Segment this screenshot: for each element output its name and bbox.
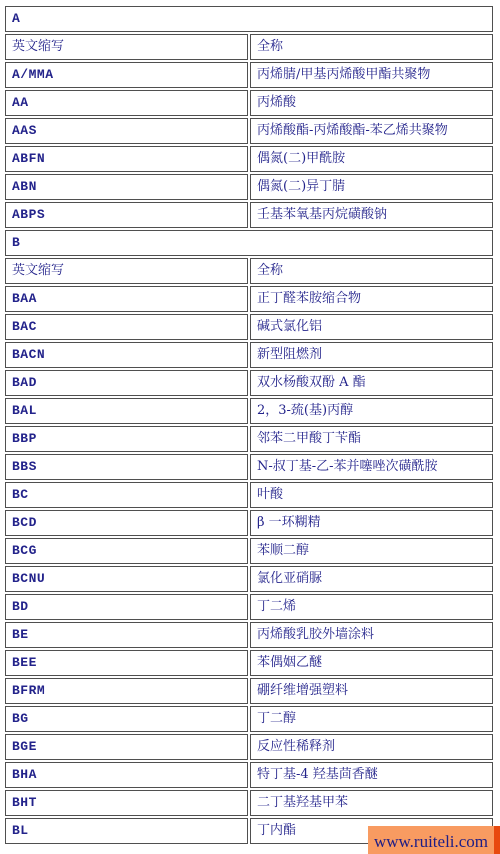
section-letter-cell: B <box>5 230 493 256</box>
table-row: BAD双水杨酸双酚 A 酯 <box>5 370 493 396</box>
abbr-cell: BHT <box>5 790 248 816</box>
column-header-row: 英文缩写全称 <box>5 34 493 60</box>
fullname-cell: 反应性稀释剂 <box>250 734 493 760</box>
fullname-cell: 邻苯二甲酸丁苄酯 <box>250 426 493 452</box>
col-header-abbr: 英文缩写 <box>5 34 248 60</box>
abbr-cell: BC <box>5 482 248 508</box>
col-header-fullname: 全称 <box>250 34 493 60</box>
fullname-cell: 叶酸 <box>250 482 493 508</box>
fullname-cell: 硼纤维增强塑料 <box>250 678 493 704</box>
abbr-cell: ABN <box>5 174 248 200</box>
fullname-cell: 丁二烯 <box>250 594 493 620</box>
abbr-cell: BL <box>5 818 248 844</box>
table-row: BAL2，3-巯(基)丙醇 <box>5 398 493 424</box>
abbr-cell: BCNU <box>5 566 248 592</box>
table-row: BBSN-叔丁基-乙-苯并噻唑次磺酰胺 <box>5 454 493 480</box>
glossary-page: A英文缩写全称A/MMA丙烯腈/甲基丙烯酸甲酯共聚物AA丙烯酸AAS丙烯酸酯-丙… <box>0 4 500 854</box>
abbr-cell: BBS <box>5 454 248 480</box>
fullname-cell: 新型阻燃剂 <box>250 342 493 368</box>
abbr-cell: A/MMA <box>5 62 248 88</box>
abbr-cell: ABFN <box>5 146 248 172</box>
section-letter-row: B <box>5 230 493 256</box>
abbr-cell: AA <box>5 90 248 116</box>
abbr-cell: ABPS <box>5 202 248 228</box>
fullname-cell: 二丁基羟基甲苯 <box>250 790 493 816</box>
fullname-cell: 苯顺二醇 <box>250 538 493 564</box>
section-letter-row: A <box>5 6 493 32</box>
abbr-cell: BHA <box>5 762 248 788</box>
table-row: BGE反应性稀释剂 <box>5 734 493 760</box>
table-row: BFRM硼纤维增强塑料 <box>5 678 493 704</box>
fullname-cell: 双水杨酸双酚 A 酯 <box>250 370 493 396</box>
abbr-cell: BE <box>5 622 248 648</box>
table-row: ABFN偶氮(二)甲酰胺 <box>5 146 493 172</box>
abbr-cell: BACN <box>5 342 248 368</box>
table-row: ABN偶氮(二)异丁腈 <box>5 174 493 200</box>
abbr-cell: BFRM <box>5 678 248 704</box>
fullname-cell: 丙烯酸乳胶外墙涂料 <box>250 622 493 648</box>
abbr-cell: BCG <box>5 538 248 564</box>
abbr-cell: BAA <box>5 286 248 312</box>
table-row: BCG苯顺二醇 <box>5 538 493 564</box>
abbreviation-table-body: A英文缩写全称A/MMA丙烯腈/甲基丙烯酸甲酯共聚物AA丙烯酸AAS丙烯酸酯-丙… <box>5 6 493 844</box>
abbr-cell: BD <box>5 594 248 620</box>
abbr-cell: BEE <box>5 650 248 676</box>
fullname-cell: 丙烯腈/甲基丙烯酸甲酯共聚物 <box>250 62 493 88</box>
table-row: ABPS壬基苯氧基丙烷磺酸钠 <box>5 202 493 228</box>
fullname-cell: 偶氮(二)甲酰胺 <box>250 146 493 172</box>
table-row: BE丙烯酸乳胶外墙涂料 <box>5 622 493 648</box>
table-row: AA丙烯酸 <box>5 90 493 116</box>
abbr-cell: AAS <box>5 118 248 144</box>
table-row: BC叶酸 <box>5 482 493 508</box>
watermark-stripe <box>494 826 500 854</box>
abbr-cell: BBP <box>5 426 248 452</box>
fullname-cell: 偶氮(二)异丁腈 <box>250 174 493 200</box>
table-row: BD丁二烯 <box>5 594 493 620</box>
col-header-fullname: 全称 <box>250 258 493 284</box>
abbr-cell: BGE <box>5 734 248 760</box>
fullname-cell: 丙烯酸酯-丙烯酸酯-苯乙烯共聚物 <box>250 118 493 144</box>
section-letter-cell: A <box>5 6 493 32</box>
abbr-cell: BCD <box>5 510 248 536</box>
table-row: BEE苯偶姻乙醚 <box>5 650 493 676</box>
fullname-cell: 丙烯酸 <box>250 90 493 116</box>
abbr-cell: BG <box>5 706 248 732</box>
abbreviation-table: A英文缩写全称A/MMA丙烯腈/甲基丙烯酸甲酯共聚物AA丙烯酸AAS丙烯酸酯-丙… <box>3 4 495 846</box>
abbr-cell: BAL <box>5 398 248 424</box>
watermark-url: www.ruiteli.com <box>374 832 494 852</box>
table-row: BHA特丁基-4 羟基茴香醚 <box>5 762 493 788</box>
table-row: BCNU氯化亚硝脲 <box>5 566 493 592</box>
fullname-cell: 2，3-巯(基)丙醇 <box>250 398 493 424</box>
table-row: BBP邻苯二甲酸丁苄酯 <box>5 426 493 452</box>
fullname-cell: 碱式氯化铝 <box>250 314 493 340</box>
abbr-cell: BAC <box>5 314 248 340</box>
column-header-row: 英文缩写全称 <box>5 258 493 284</box>
table-row: BCDβ 一环糊精 <box>5 510 493 536</box>
table-row: BAC碱式氯化铝 <box>5 314 493 340</box>
fullname-cell: β 一环糊精 <box>250 510 493 536</box>
table-row: BACN新型阻燃剂 <box>5 342 493 368</box>
fullname-cell: 正丁醛苯胺缩合物 <box>250 286 493 312</box>
table-row: BG丁二醇 <box>5 706 493 732</box>
table-row: A/MMA丙烯腈/甲基丙烯酸甲酯共聚物 <box>5 62 493 88</box>
fullname-cell: 丁二醇 <box>250 706 493 732</box>
col-header-abbr: 英文缩写 <box>5 258 248 284</box>
fullname-cell: 氯化亚硝脲 <box>250 566 493 592</box>
fullname-cell: N-叔丁基-乙-苯并噻唑次磺酰胺 <box>250 454 493 480</box>
table-row: BAA正丁醛苯胺缩合物 <box>5 286 493 312</box>
fullname-cell: 壬基苯氧基丙烷磺酸钠 <box>250 202 493 228</box>
table-row: BHT二丁基羟基甲苯 <box>5 790 493 816</box>
abbr-cell: BAD <box>5 370 248 396</box>
watermark-banner: www.ruiteli.com <box>368 826 500 854</box>
fullname-cell: 特丁基-4 羟基茴香醚 <box>250 762 493 788</box>
fullname-cell: 苯偶姻乙醚 <box>250 650 493 676</box>
table-row: AAS丙烯酸酯-丙烯酸酯-苯乙烯共聚物 <box>5 118 493 144</box>
